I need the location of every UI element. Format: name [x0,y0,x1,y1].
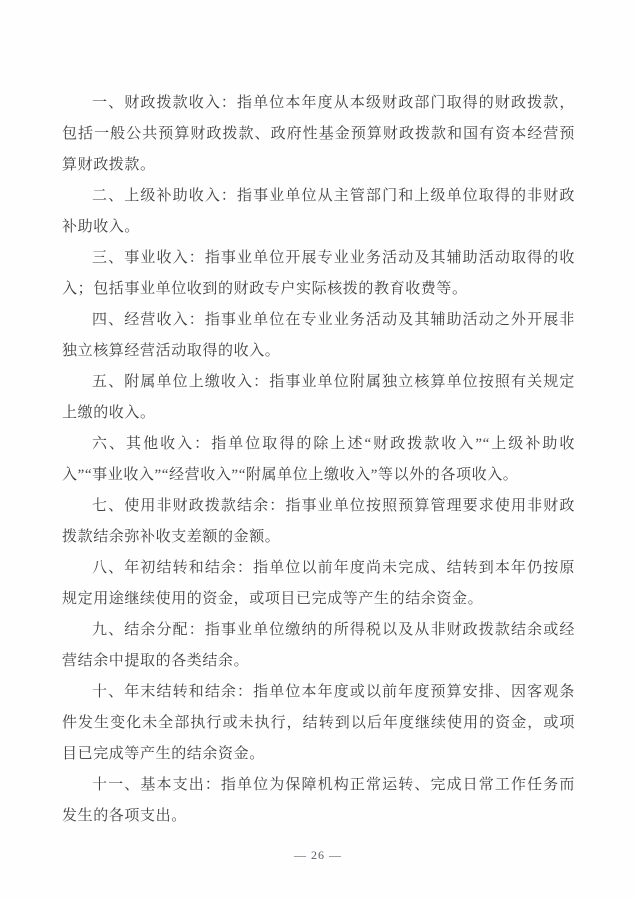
paragraph-institutional-income: 三、事业收入：指事业单位开展专业业务活动及其辅助活动取得的收入；包括事业单位收到… [62,243,575,305]
document-body: 一、财政拨款收入：指单位本年度从本级财政部门取得的财政拨款，包括一般公共预算财政… [62,88,575,832]
page-number: — 26 — [0,848,636,863]
paragraph-affiliated-unit-remittance-income: 五、附属单位上缴收入：指事业单位附属独立核算单位按照有关规定上缴的收入。 [62,367,575,429]
paragraph-superior-subsidy-income: 二、上级补助收入：指事业单位从主管部门和上级单位取得的非财政补助收入。 [62,181,575,243]
paragraph-basic-expenditure: 十一、基本支出：指单位为保障机构正常运转、完成日常工作任务而发生的各项支出。 [62,770,575,832]
paragraph-surplus-distribution: 九、结余分配：指事业单位缴纳的所得税以及从非财政拨款结余或经营结余中提取的各类结… [62,615,575,677]
paragraph-beginning-year-carryover-surplus: 八、年初结转和结余：指单位以前年度尚未完成、结转到本年仍按原规定用途继续使用的资… [62,553,575,615]
document-page: 一、财政拨款收入：指单位本年度从本级财政部门取得的财政拨款，包括一般公共预算财政… [0,0,636,899]
paragraph-use-of-non-fiscal-surplus: 七、使用非财政拨款结余：指事业单位按照预算管理要求使用非财政拨款结余弥补收支差额… [62,491,575,553]
paragraph-operating-income: 四、经营收入：指事业单位在专业业务活动及其辅助活动之外开展非独立核算经营活动取得… [62,305,575,367]
paragraph-fiscal-appropriation-income: 一、财政拨款收入：指单位本年度从本级财政部门取得的财政拨款，包括一般公共预算财政… [62,88,575,181]
paragraph-year-end-carryover-surplus: 十、年末结转和结余：指单位本年度或以前年度预算安排、因客观条件发生变化未全部执行… [62,677,575,770]
paragraph-other-income: 六、其他收入：指单位取得的除上述“财政拨款收入”“上级补助收入”“事业收入”“经… [62,429,575,491]
